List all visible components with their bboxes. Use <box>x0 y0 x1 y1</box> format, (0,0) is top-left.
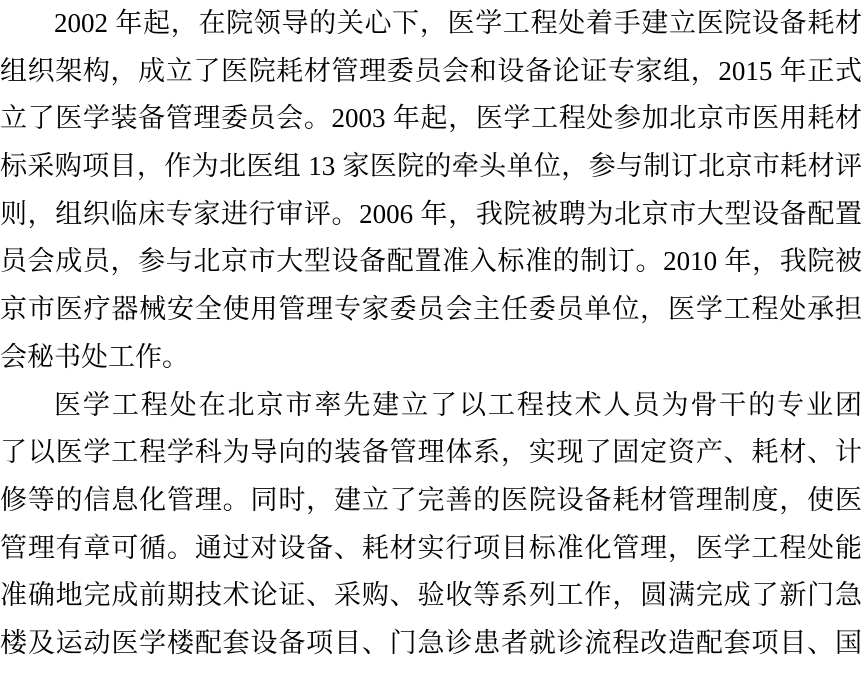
text-line: 会秘书处工作。 <box>0 334 862 382</box>
text-line: 立了医学装备管理委员会。2003 年起，医学工程处参加北京市医用耗材集中招 <box>0 95 862 143</box>
text-line: 京市医疗器械安全使用管理专家委员会主任委员单位，医学工程处承担了专委 <box>0 286 862 334</box>
text-line: 医学工程处在北京市率先建立了以工程技术人员为骨干的专业团队，形成 <box>0 382 862 430</box>
text-line: 楼及运动医学楼配套设备项目、门急诊患者就诊流程改造配套项目、国家临床 <box>0 620 862 668</box>
text-line: 标采购项目，作为北医组 13 家医院的牵头单位，参与制订北京市耗材评标细 <box>0 143 862 191</box>
text-line: 修等的信息化管理。同时，建立了完善的医院设备耗材管理制度，使医院装备 <box>0 477 862 525</box>
paragraph-1: 2002 年起，在院领导的关心下，医学工程处着手建立医院设备耗材管理的 组织架构… <box>0 0 862 382</box>
text-line: 管理有章可循。通过对设备、耗材实行项目标准化管理，医学工程处能够高效 <box>0 525 862 573</box>
text-line: 2002 年起，在院领导的关心下，医学工程处着手建立医院设备耗材管理的 <box>0 0 862 48</box>
paragraph-2: 医学工程处在北京市率先建立了以工程技术人员为骨干的专业团队，形成 了以医学工程学… <box>0 382 862 668</box>
document-page: 2002 年起，在院领导的关心下，医学工程处着手建立医院设备耗材管理的 组织架构… <box>0 0 862 673</box>
text-line: 组织架构，成立了医院耗材管理委员会和设备论证专家组，2015 年正式合并成 <box>0 48 862 96</box>
text-line: 准确地完成前期技术论证、采购、验收等系列工作，圆满完成了新门急诊医技 <box>0 572 862 620</box>
text-line: 则，组织临床专家进行审评。2006 年，我院被聘为北京市大型设备配置专家委 <box>0 191 862 239</box>
text-line: 了以医学工程学科为导向的装备管理体系，实现了固定资产、耗材、计量、维 <box>0 429 862 477</box>
text-line: 员会成员，参与北京市大型设备配置准入标准的制订。2010 年，我院被聘为北 <box>0 238 862 286</box>
